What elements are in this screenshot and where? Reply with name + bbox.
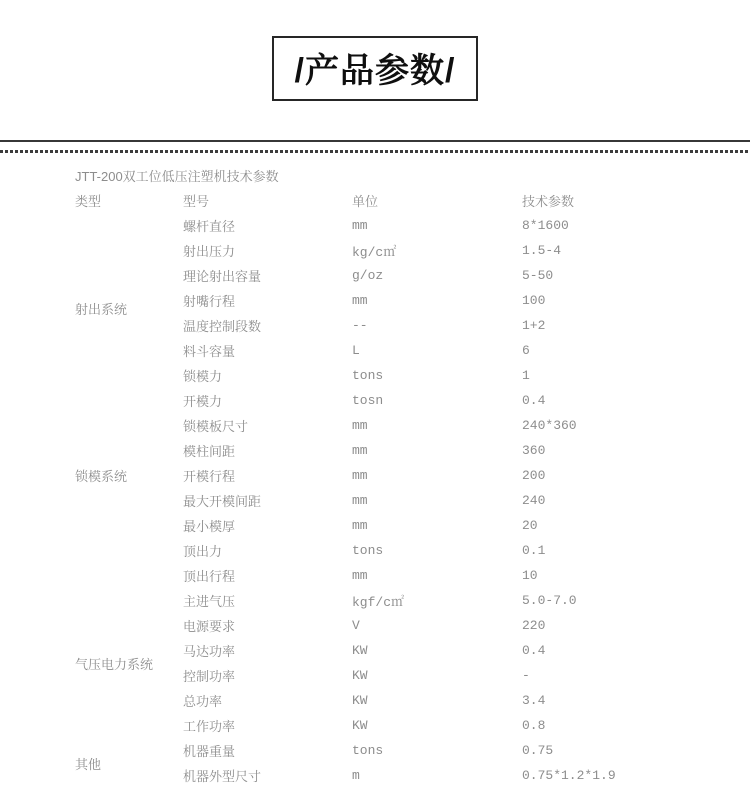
spec-name-cell: 最小模厚 xyxy=(183,513,352,538)
table-row: 其他机器重量tons0.75 xyxy=(75,738,730,763)
spec-value-cell: 3.4 xyxy=(522,688,730,713)
spec-name-cell: 锁模力 xyxy=(183,363,352,388)
table-header-row: 类型 型号 单位 技术参数 xyxy=(75,188,730,213)
spec-section: JTT-200双工位低压注塑机技术参数 类型 型号 单位 技术参数 射出系统螺杆… xyxy=(75,168,730,788)
spec-unit-cell: mm xyxy=(352,513,522,538)
spec-value-cell: 220 xyxy=(522,613,730,638)
spec-name-cell: 最大开模间距 xyxy=(183,488,352,513)
spec-name-cell: 电源要求 xyxy=(183,613,352,638)
spec-table-body: 射出系统螺杆直径mm8*1600射出压力kg/c㎡1.5-4理论射出容量g/oz… xyxy=(75,213,730,788)
spec-value-cell: 10 xyxy=(522,563,730,588)
spec-unit-cell: mm xyxy=(352,288,522,313)
spec-unit-cell: KW xyxy=(352,713,522,738)
category-cell: 射出系统 xyxy=(75,213,183,363)
spec-unit-cell: kgf/c㎡ xyxy=(352,588,522,613)
spec-value-cell: 0.8 xyxy=(522,713,730,738)
spec-value-cell: - xyxy=(522,663,730,688)
spec-name-cell: 温度控制段数 xyxy=(183,313,352,338)
spec-name-cell: 机器外型尺寸 xyxy=(183,763,352,788)
spec-name-cell: 模柱间距 xyxy=(183,438,352,463)
spec-value-cell: 240*360 xyxy=(522,413,730,438)
spec-name-cell: 总功率 xyxy=(183,688,352,713)
category-cell: 气压电力系统 xyxy=(75,588,183,738)
spec-name-cell: 理论射出容量 xyxy=(183,263,352,288)
spec-value-cell: 0.75 xyxy=(522,738,730,763)
spec-unit-cell: tons xyxy=(352,538,522,563)
spec-unit-cell: mm xyxy=(352,488,522,513)
spec-name-cell: 顶出力 xyxy=(183,538,352,563)
category-cell: 锁模系统 xyxy=(75,363,183,588)
spec-name-cell: 顶出行程 xyxy=(183,563,352,588)
table-caption: JTT-200双工位低压注塑机技术参数 xyxy=(75,168,730,186)
column-header-unit: 单位 xyxy=(352,188,522,213)
spec-unit-cell: mm xyxy=(352,463,522,488)
spec-name-cell: 射出压力 xyxy=(183,238,352,263)
spec-unit-cell: KW xyxy=(352,638,522,663)
spec-unit-cell: tons xyxy=(352,738,522,763)
divider-dotted-line xyxy=(0,150,750,153)
spec-value-cell: 200 xyxy=(522,463,730,488)
spec-value-cell: 8*1600 xyxy=(522,213,730,238)
spec-value-cell: 1.5-4 xyxy=(522,238,730,263)
spec-value-cell: 1 xyxy=(522,363,730,388)
spec-unit-cell: tosn xyxy=(352,388,522,413)
spec-unit-cell: KW xyxy=(352,663,522,688)
spec-value-cell: 5-50 xyxy=(522,263,730,288)
spec-unit-cell: mm xyxy=(352,213,522,238)
spec-unit-cell: tons xyxy=(352,363,522,388)
column-header-model: 型号 xyxy=(183,188,352,213)
spec-unit-cell: -- xyxy=(352,313,522,338)
section-title-box: /产品参数/ xyxy=(272,36,478,101)
divider-solid-line xyxy=(0,140,750,142)
column-header-type: 类型 xyxy=(75,188,183,213)
spec-value-cell: 240 xyxy=(522,488,730,513)
category-cell: 其他 xyxy=(75,738,183,788)
spec-name-cell: 工作功率 xyxy=(183,713,352,738)
spec-unit-cell: mm xyxy=(352,438,522,463)
spec-unit-cell: V xyxy=(352,613,522,638)
spec-name-cell: 控制功率 xyxy=(183,663,352,688)
spec-value-cell: 360 xyxy=(522,438,730,463)
spec-unit-cell: kg/c㎡ xyxy=(352,238,522,263)
spec-name-cell: 锁模板尺寸 xyxy=(183,413,352,438)
spec-value-cell: 1+2 xyxy=(522,313,730,338)
spec-unit-cell: m xyxy=(352,763,522,788)
table-row: 锁模系统锁模力tons1 xyxy=(75,363,730,388)
spec-name-cell: 射嘴行程 xyxy=(183,288,352,313)
table-row: 射出系统螺杆直径mm8*1600 xyxy=(75,213,730,238)
spec-value-cell: 100 xyxy=(522,288,730,313)
spec-name-cell: 机器重量 xyxy=(183,738,352,763)
section-title: /产品参数/ xyxy=(295,52,456,90)
spec-unit-cell: KW xyxy=(352,688,522,713)
spec-name-cell: 马达功率 xyxy=(183,638,352,663)
spec-value-cell: 5.0-7.0 xyxy=(522,588,730,613)
spec-name-cell: 主进气压 xyxy=(183,588,352,613)
table-row: 气压电力系统主进气压kgf/c㎡5.0-7.0 xyxy=(75,588,730,613)
spec-name-cell: 开模行程 xyxy=(183,463,352,488)
spec-unit-cell: mm xyxy=(352,413,522,438)
column-header-parameters: 技术参数 xyxy=(522,188,730,213)
spec-unit-cell: mm xyxy=(352,563,522,588)
spec-value-cell: 6 xyxy=(522,338,730,363)
spec-value-cell: 0.4 xyxy=(522,388,730,413)
spec-value-cell: 0.75*1.2*1.9 xyxy=(522,763,730,788)
spec-value-cell: 20 xyxy=(522,513,730,538)
spec-name-cell: 开模力 xyxy=(183,388,352,413)
spec-name-cell: 螺杆直径 xyxy=(183,213,352,238)
spec-unit-cell: L xyxy=(352,338,522,363)
spec-name-cell: 料斗容量 xyxy=(183,338,352,363)
spec-value-cell: 0.1 xyxy=(522,538,730,563)
spec-value-cell: 0.4 xyxy=(522,638,730,663)
product-parameters-page: /产品参数/ JTT-200双工位低压注塑机技术参数 类型 型号 单位 技术参数… xyxy=(0,36,750,788)
spec-table: 类型 型号 单位 技术参数 射出系统螺杆直径mm8*1600射出压力kg/c㎡1… xyxy=(75,188,730,788)
spec-unit-cell: g/oz xyxy=(352,263,522,288)
